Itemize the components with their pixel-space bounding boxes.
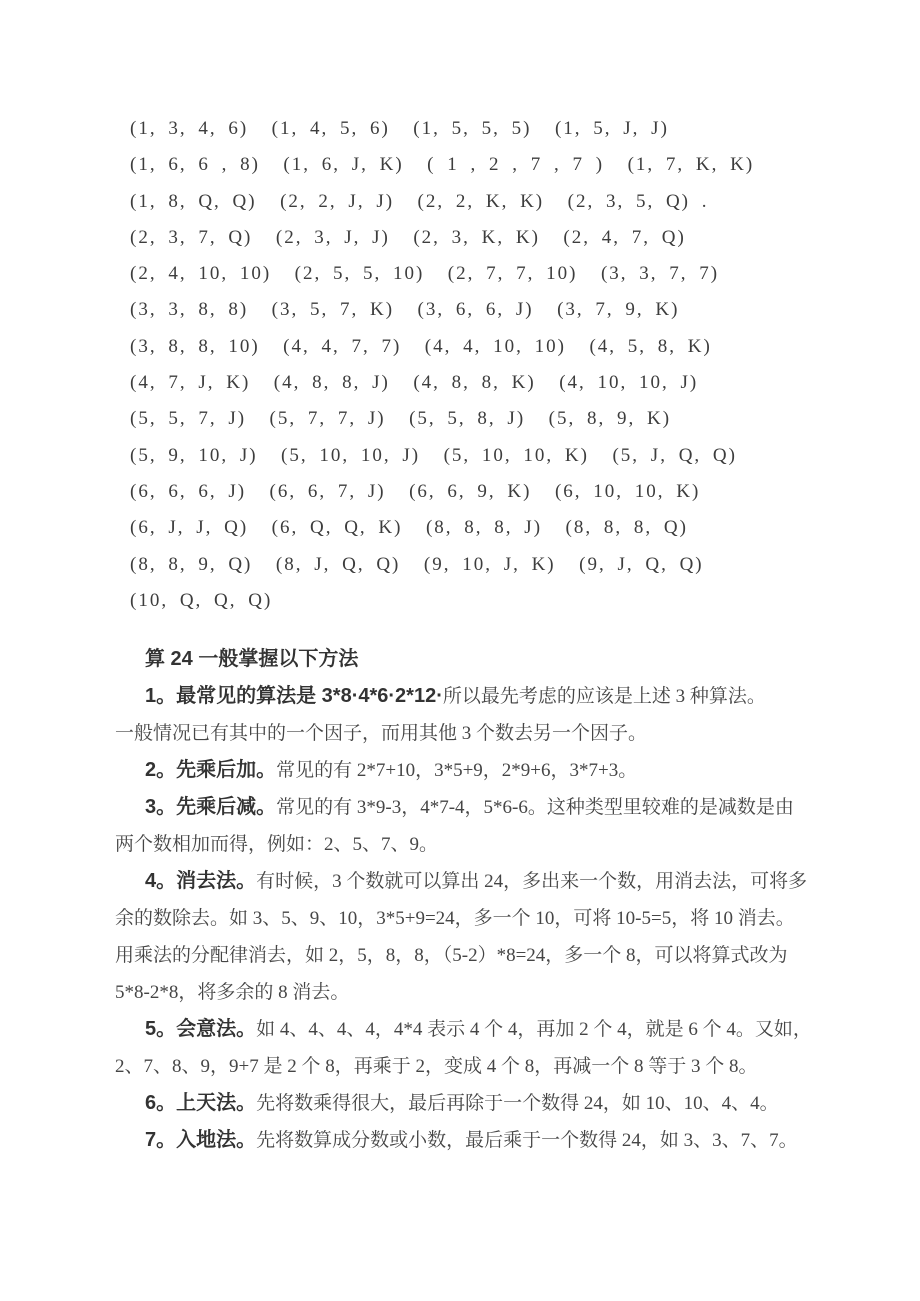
methods-list: 1。最常见的算法是 3*8·4*6·2*12·所以最先考虑的应该是上述 3 种算…	[115, 678, 815, 1159]
document-page: (1, 3, 4, 6) (1, 4, 5, 6) (1, 5, 5, 5) (…	[0, 0, 920, 1301]
method-label: 7。入地法。	[145, 1129, 256, 1151]
method-line: 两个数相加而得，例如：2、5、7、9。	[115, 826, 815, 863]
tuple-line: (5, 9, 10, J) (5, 10, 10, J) (5, 10, 10,…	[130, 438, 754, 474]
tuple-line: (10, Q, Q, Q)	[130, 583, 754, 619]
tuple-line: (2, 4, 10, 10) (2, 5, 5, 10) (2, 7, 7, 1…	[130, 256, 754, 292]
method-paragraph: 6。上天法。先将数乘得很大，最后再除于一个数得 24，如 10、10、4、4。	[115, 1085, 815, 1122]
tuple-line: (4, 7, J, K) (4, 8, 8, J) (4, 8, 8, K) (…	[130, 365, 754, 401]
method-text: 所以最先考虑的应该是上述 3 种算法。	[443, 686, 766, 707]
method-label: 3。先乘后减。	[145, 796, 276, 818]
tuple-line: (8, 8, 9, Q) (8, J, Q, Q) (9, 10, J, K) …	[130, 547, 754, 583]
method-text: 先将数乘得很大，最后再除于一个数得 24，如 10、10、4、4。	[256, 1093, 779, 1114]
tuple-line: (1, 6, 6 , 8) (1, 6, J, K) ( 1 , 2 , 7 ,…	[130, 147, 754, 183]
tuple-line: (6, J, J, Q) (6, Q, Q, K) (8, 8, 8, J) (…	[130, 510, 754, 546]
method-line: 2、7、8、9，9+7 是 2 个 8，再乘于 2，变成 4 个 8，再减一个 …	[115, 1048, 815, 1085]
method-line: 2。先乘后加。常见的有 2*7+10，3*5+9，2*9+6，3*7+3。	[115, 752, 815, 789]
method-line: 3。先乘后减。常见的有 3*9-3，4*7-4，5*6-6。这种类型里较难的是减…	[115, 789, 815, 826]
method-paragraph: 1。最常见的算法是 3*8·4*6·2*12·所以最先考虑的应该是上述 3 种算…	[115, 678, 815, 752]
tuple-line: (1, 3, 4, 6) (1, 4, 5, 6) (1, 5, 5, 5) (…	[130, 111, 754, 147]
tuple-line: (6, 6, 6, J) (6, 6, 7, J) (6, 6, 9, K) (…	[130, 474, 754, 510]
method-text: 如 4、4、4、4，4*4 表示 4 个 4，再加 2 个 4，就是 6 个 4…	[256, 1019, 812, 1040]
method-text: 有时候，3 个数就可以算出 24，多出来一个数，用消去法，可将多	[256, 871, 807, 892]
method-label: 6。上天法。	[145, 1092, 256, 1114]
method-line: 用乘法的分配律消去，如 2，5，8，8，（5-2）*8=24，多一个 8，可以将…	[115, 937, 815, 974]
method-line: 1。最常见的算法是 3*8·4*6·2*12·所以最先考虑的应该是上述 3 种算…	[115, 678, 815, 715]
method-text: 常见的有 3*9-3，4*7-4，5*6-6。这种类型里较难的是减数是由	[276, 797, 794, 818]
card-combinations: (1, 3, 4, 6) (1, 4, 5, 6) (1, 5, 5, 5) (…	[130, 111, 754, 619]
method-label: 1。最常见的算法是 3*8·4*6·2*12·	[145, 685, 443, 707]
tuple-line: (5, 5, 7, J) (5, 7, 7, J) (5, 5, 8, J) (…	[130, 401, 754, 437]
method-text: 先将数算成分数或小数，最后乘于一个数得 24，如 3、3、7、7。	[256, 1130, 798, 1151]
tuple-line: (2, 3, 7, Q) (2, 3, J, J) (2, 3, K, K) (…	[130, 220, 754, 256]
method-label: 5。会意法。	[145, 1018, 256, 1040]
method-paragraph: 7。入地法。先将数算成分数或小数，最后乘于一个数得 24，如 3、3、7、7。	[115, 1122, 815, 1159]
method-paragraph: 4。消去法。有时候，3 个数就可以算出 24，多出来一个数，用消去法，可将多余的…	[115, 863, 815, 1011]
method-line: 5。会意法。如 4、4、4、4，4*4 表示 4 个 4，再加 2 个 4，就是…	[115, 1011, 815, 1048]
method-line: 一般情况已有其中的一个因子，而用其他 3 个数去另一个因子。	[115, 715, 815, 752]
tuple-line: (3, 3, 8, 8) (3, 5, 7, K) (3, 6, 6, J) (…	[130, 292, 754, 328]
method-label: 2。先乘后加。	[145, 759, 276, 781]
method-line: 6。上天法。先将数乘得很大，最后再除于一个数得 24，如 10、10、4、4。	[115, 1085, 815, 1122]
method-line: 5*8-2*8，将多余的 8 消去。	[115, 974, 815, 1011]
method-text: 常见的有 2*7+10，3*5+9，2*9+6，3*7+3。	[276, 760, 637, 781]
method-paragraph: 3。先乘后减。常见的有 3*9-3，4*7-4，5*6-6。这种类型里较难的是减…	[115, 789, 815, 863]
tuple-line: (1, 8, Q, Q) (2, 2, J, J) (2, 2, K, K) (…	[130, 184, 754, 220]
method-line: 余的数除去。如 3、5、9、10，3*5+9=24，多一个 10，可将 10-5…	[115, 900, 815, 937]
method-paragraph: 5。会意法。如 4、4、4、4，4*4 表示 4 个 4，再加 2 个 4，就是…	[115, 1011, 815, 1085]
method-label: 4。消去法。	[145, 870, 256, 892]
method-line: 7。入地法。先将数算成分数或小数，最后乘于一个数得 24，如 3、3、7、7。	[115, 1122, 815, 1159]
tuple-line: (3, 8, 8, 10) (4, 4, 7, 7) (4, 4, 10, 10…	[130, 329, 754, 365]
method-line: 4。消去法。有时候，3 个数就可以算出 24，多出来一个数，用消去法，可将多	[115, 863, 815, 900]
section-title: 算 24 一般掌握以下方法	[115, 641, 815, 678]
method-paragraph: 2。先乘后加。常见的有 2*7+10，3*5+9，2*9+6，3*7+3。	[115, 752, 815, 789]
methods-section: 算 24 一般掌握以下方法 1。最常见的算法是 3*8·4*6·2*12·所以最…	[115, 641, 815, 1159]
